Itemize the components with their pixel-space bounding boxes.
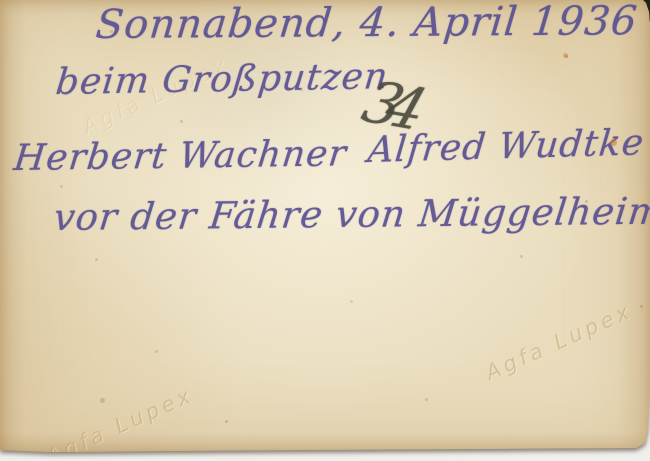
handwriting-line-location: vor der Fähre von Müggelheim bbox=[52, 190, 650, 239]
handwriting-name-first: Herbert Wachner bbox=[12, 133, 349, 179]
agfa-lupex-watermark-bottom-left: Agfa Lupex bbox=[43, 383, 197, 461]
handwriting-line-date: Sonnabend, 4. April 1936 bbox=[94, 0, 640, 48]
age-spots bbox=[0, 0, 3, 3]
photo-paper-wrapper: Agfa Lupex Sonnabend, 4. April 1936 beim… bbox=[0, 0, 650, 461]
handwriting-name-second: Alfred Wudtke bbox=[366, 122, 646, 171]
handwriting-line-occasion: beim Großputzen bbox=[54, 56, 391, 103]
aged-photo-paper: Agfa Lupex Sonnabend, 4. April 1936 beim… bbox=[0, 0, 650, 455]
age-spots-large bbox=[0, 0, 5, 5]
agfa-lupex-watermark-right: Agfa Lupex bbox=[482, 299, 636, 385]
scanned-photo-verso: Agfa Lupex Sonnabend, 4. April 1936 beim… bbox=[0, 0, 650, 461]
